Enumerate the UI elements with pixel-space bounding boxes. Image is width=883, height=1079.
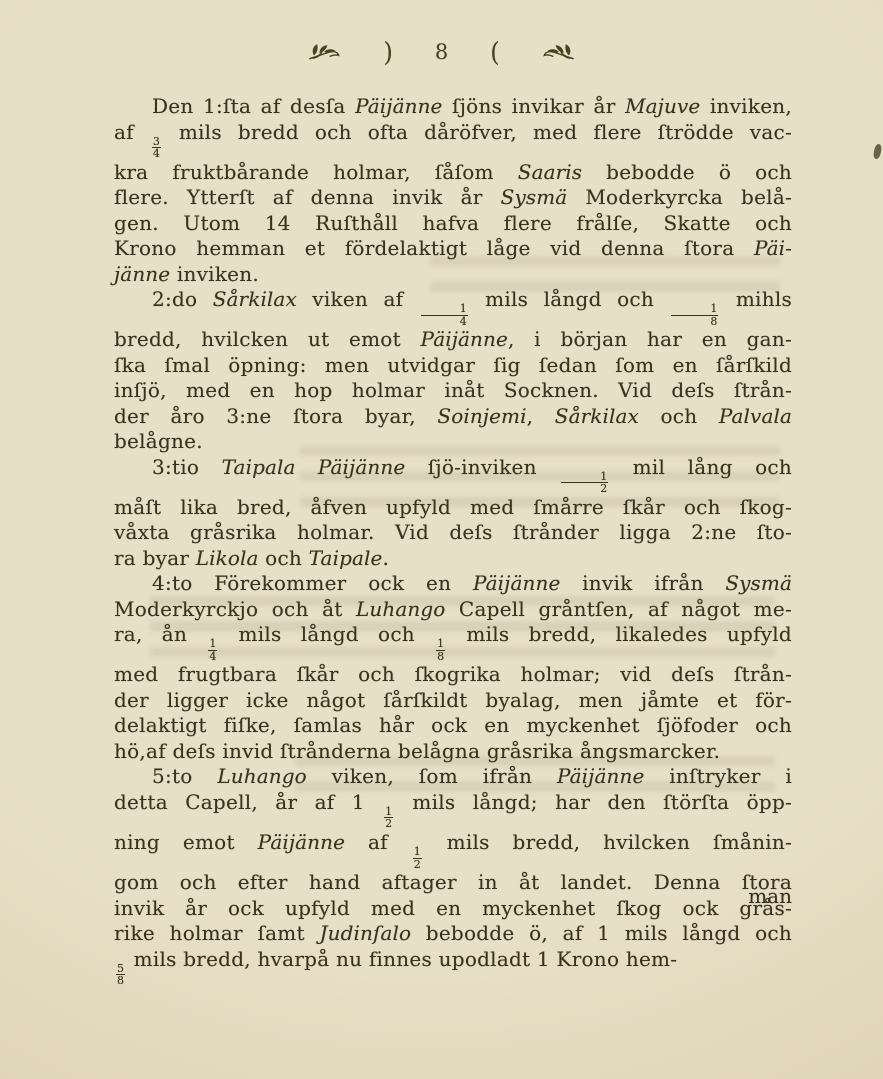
text-run: bebodde ö och (582, 160, 792, 184)
text-line: gen. Utom 14 Ruſthåll hafva flere frålſe… (114, 211, 792, 237)
proper-noun-italic: Soinjemi (437, 404, 526, 428)
stacked-fraction: 12 (384, 806, 393, 830)
text-line: 3:tio Taipala Päijänne ſjö-inviken 12 mi… (114, 455, 792, 495)
text-line: flere. Ytterſt af denna invik år Sysmä M… (114, 185, 792, 211)
stacked-fraction: 12 (413, 846, 422, 870)
text-run: 3:tio (152, 455, 222, 479)
proper-noun-italic: Judinſalo (319, 921, 411, 945)
text-run: ſjö-inviken (405, 455, 559, 479)
stacked-fraction: 58 (116, 963, 125, 987)
scanned-book-page: ) 8 ( Den 1:ſta af desſa Päijänne ſjöns … (0, 0, 883, 1079)
text-run: 4:to Förekommer ock en (152, 571, 473, 595)
paragraph-1: Den 1:ſta af desſa Päijänne ſjöns invika… (114, 94, 792, 287)
text-run: våxta gråsrika holmar. Vid deſs ſtrånder… (114, 520, 792, 544)
text-line: Krono hemman et fördelaktigt låge vid de… (114, 236, 792, 262)
paragraph-4: 4:to Förekommer ock en Päijänne invik if… (114, 571, 792, 764)
text-run: ſjöns invikar år (443, 94, 626, 118)
text-run: der ligger icke något ſårſkildt byalag, … (114, 688, 792, 712)
text-run: mils långd och (470, 287, 670, 311)
text-run: der åro 3:ne ſtora byar, (114, 404, 437, 428)
text-line: med frugtbara ſkår och ſkogrika holmar; … (114, 662, 792, 688)
proper-noun-italic: Luhango (217, 764, 306, 788)
stacked-fraction: 14 (208, 638, 217, 662)
text-line: ra byar Likola och Taipale. (114, 546, 792, 572)
proper-noun-italic: Päijänne (473, 571, 560, 595)
text-run: mils bredd, likaledes upfyld (447, 622, 792, 646)
text-run: mils långd och (219, 622, 434, 646)
proper-noun-italic: Taipala Päijänne (222, 455, 406, 479)
text-run: Moderkyrckjo och åt (114, 597, 356, 621)
proper-noun-italic: Päijänne (258, 830, 345, 854)
stacked-fraction: 12 (561, 471, 608, 495)
text-line: 4:to Förekommer ock en Päijänne invik if… (114, 571, 792, 597)
text-line: der ligger icke något ſårſkildt byalag, … (114, 688, 792, 714)
text-run: viken, ſom ifrån (307, 764, 557, 788)
text-run: 2:do (152, 287, 213, 311)
text-line: rike holmar ſamt Judinſalo bebodde ö, af… (114, 921, 792, 947)
text-line: hö,af deſs invid ſtrånderna belågna grås… (114, 739, 792, 765)
text-line: af 34 mils bredd och ofta dåröfver, med … (114, 120, 792, 160)
stacked-fraction: 18 (671, 303, 718, 327)
text-line: kra fruktbårande holmar, ſåſom Saaris be… (114, 160, 792, 186)
text-run: mils långd; har den ſtörſta öpp- (395, 790, 792, 814)
text-run: bredd, hvilcken ut emot (114, 327, 421, 351)
text-run: rike holmar ſamt (114, 921, 319, 945)
text-block: Den 1:ſta af desſa Päijänne ſjöns invika… (114, 94, 792, 987)
text-run: mils bredd och ofta dåröfver, med flere … (163, 120, 792, 144)
text-run: mils bredd, hvarpå nu finnes upodladt 1 … (127, 947, 677, 971)
text-run: ra, ån (114, 622, 206, 646)
running-head: ) 8 ( (0, 38, 883, 66)
printers-flower-icon (307, 41, 341, 63)
text-run: inſjö, med en hop holmar inåt Socknen. V… (114, 378, 792, 402)
proper-noun-italic: Likola (196, 546, 259, 570)
text-line: måſt lika bred, åfven upfyld med ſmårre … (114, 495, 792, 521)
proper-noun-italic: Palvala (719, 404, 792, 428)
text-run: invik ifrån (560, 571, 725, 595)
text-run: mil lång och (610, 455, 792, 479)
ink-speck (873, 143, 883, 159)
text-line: 2:do Sårkilax viken af 14 mils långd och… (114, 287, 792, 327)
page-number-left-bracket: ) (383, 37, 392, 68)
text-run: Capell gråntſen, af något me- (445, 597, 792, 621)
text-line: delaktigt fiſke, ſamlas hår ock en mycke… (114, 713, 792, 739)
text-run: , (527, 404, 555, 428)
text-run: ſka ſmal öpning: men utvidgar ſig ſedan … (114, 353, 792, 377)
proper-noun-italic: Saaris (518, 160, 582, 184)
text-run: bebodde ö, af 1 mils långd och (411, 921, 792, 945)
text-run: kra fruktbårande holmar, ſåſom (114, 160, 518, 184)
text-line: belågne. (114, 429, 792, 455)
text-line: ſka ſmal öpning: men utvidgar ſig ſedan … (114, 353, 792, 379)
text-run: inviken. (170, 262, 259, 286)
paragraph-3: 3:tio Taipala Päijänne ſjö-inviken 12 mi… (114, 455, 792, 572)
text-run: mils bredd, hvilcken ſmånin- (424, 830, 792, 854)
stacked-fraction: 18 (436, 638, 445, 662)
proper-noun-italic: Taipale (309, 546, 383, 570)
text-line: Den 1:ſta af desſa Päijänne ſjöns invika… (114, 94, 792, 120)
text-run: ning emot (114, 830, 258, 854)
text-run: 5:to (152, 764, 217, 788)
text-line: 58 mils bredd, hvarpå nu finnes upodladt… (114, 947, 792, 987)
text-run: Den 1:ſta af desſa (152, 94, 355, 118)
proper-noun-italic: jänne (114, 262, 170, 286)
text-line: 5:to Luhango viken, ſom ifrån Päijänne i… (114, 764, 792, 790)
proper-noun-italic: Sårkilax (213, 287, 297, 311)
catchword: man (114, 884, 792, 908)
text-run: detta Capell, år af 1 (114, 790, 382, 814)
text-line: bredd, hvilcken ut emot Päijänne, i börj… (114, 327, 792, 353)
proper-noun-italic: Päi- (754, 236, 792, 260)
text-run: mihls (720, 287, 792, 311)
paragraph-5: 5:to Luhango viken, ſom ifrån Päijänne i… (114, 764, 792, 986)
text-run: Krono hemman et fördelaktigt låge vid de… (114, 236, 754, 260)
text-run: hö,af deſs invid ſtrånderna belågna grås… (114, 739, 720, 763)
stacked-fraction: 14 (421, 303, 468, 327)
text-run: med frugtbara ſkår och ſkogrika holmar; … (114, 662, 792, 686)
proper-noun-italic: Sysmä (501, 185, 568, 209)
text-run: inviken, (700, 94, 792, 118)
proper-noun-italic: Luhango (356, 597, 445, 621)
text-line: jänne inviken. (114, 262, 792, 288)
text-line: Moderkyrckjo och åt Luhango Capell grånt… (114, 597, 792, 623)
text-run: flere. Ytterſt af denna invik år (114, 185, 501, 209)
text-run: och (259, 546, 309, 570)
text-run: och (639, 404, 719, 428)
text-run: gen. Utom 14 Ruſthåll hafva flere frålſe… (114, 211, 792, 235)
proper-noun-italic: Sårkilax (555, 404, 639, 428)
text-run: . (382, 546, 389, 570)
proper-noun-italic: Päijänne (355, 94, 442, 118)
text-line: ning emot Päijänne af 12 mils bredd, hvi… (114, 830, 792, 870)
proper-noun-italic: Sysmä (725, 571, 792, 595)
page-number: 8 (435, 40, 448, 64)
text-run: af (345, 830, 411, 854)
paragraph-2: 2:do Sårkilax viken af 14 mils långd och… (114, 287, 792, 455)
text-run: ra byar (114, 546, 196, 570)
text-line: inſjö, med en hop holmar inåt Socknen. V… (114, 378, 792, 404)
text-run: af (114, 120, 150, 144)
text-run: delaktigt fiſke, ſamlas hår ock en mycke… (114, 713, 792, 737)
text-run: Moderkyrcka belå- (567, 185, 792, 209)
text-run: viken af (297, 287, 419, 311)
proper-noun-italic: Päijänne (421, 327, 508, 351)
text-run: måſt lika bred, åfven upfyld med ſmårre … (114, 495, 792, 519)
proper-noun-italic: Päijänne (557, 764, 644, 788)
stacked-fraction: 34 (152, 136, 161, 160)
proper-noun-italic: Majuve (625, 94, 700, 118)
text-line: der åro 3:ne ſtora byar, Soinjemi, Sårki… (114, 404, 792, 430)
text-run: , i början har en gan- (508, 327, 792, 351)
text-line: våxta gråsrika holmar. Vid deſs ſtrånder… (114, 520, 792, 546)
text-line: detta Capell, år af 1 12 mils långd; har… (114, 790, 792, 830)
printers-flower-icon (542, 41, 576, 63)
text-run: belågne. (114, 429, 203, 453)
text-line: ra, ån 14 mils långd och 18 mils bredd, … (114, 622, 792, 662)
text-run: inſtryker i (644, 764, 792, 788)
page-number-right-bracket: ( (490, 37, 499, 68)
